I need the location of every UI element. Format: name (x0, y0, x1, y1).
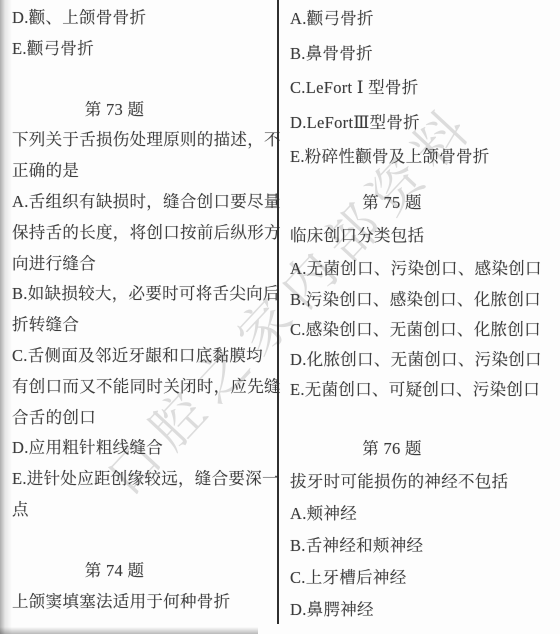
question-73-option-c-line-1: C.舌侧面及邻近牙龈和口底黏膜均 (12, 341, 277, 372)
question-76-option-c: C.上牙槽后神经 (290, 562, 560, 594)
question-75-option-c: C.感染创口、无菌创口、化脓创口 (290, 315, 560, 345)
left-column: D.颧、上颌骨骨折 E.颧弓骨折 第 73 题 下列关于舌损伤处理原则的描述，不… (0, 3, 277, 617)
question-73-option-c-line-3: 合舌的创口 (12, 403, 277, 434)
question-75-option-a: A.无菌创口、污染创口、感染创口 (290, 252, 560, 285)
question-73-option-c-line-2: 有创口而又不能同时关闭时，应先缝 (12, 372, 277, 403)
question-75-header: 第 75 题 (290, 186, 560, 219)
question-73-option-e-line-2: 点 (12, 495, 277, 526)
question-76-header: 第 76 题 (290, 432, 560, 465)
question-73-header: 第 73 题 (12, 95, 277, 126)
question-76-option-a: A.颊神经 (290, 498, 560, 530)
question-74-option-e: E.粉碎性颧骨及上颌骨骨折 (290, 140, 560, 175)
question-75-option-e: E.无菌创口、可疑创口、污染创口 (290, 375, 560, 405)
question-74-option-a: A.颧弓骨折 (290, 2, 560, 37)
question-73-option-e-line-1: E.进针处应距创缘较远，缝合要深一 (12, 464, 277, 495)
question-73-option-a-line-3: 向进行缝合 (12, 249, 277, 280)
question-76-option-d: D.鼻腭神经 (290, 594, 560, 626)
question-72-option-e: E.颧弓骨折 (12, 34, 277, 65)
question-73-option-b-line-1: B.如缺损较大，必要时可将舌尖向后 (12, 279, 277, 310)
question-74-stem: 上颌窦填塞法适用于何种骨折 (12, 587, 277, 618)
question-75-stem: 临床创口分类包括 (290, 219, 560, 252)
question-73-option-a-line-2: 保持舌的长度，将创口按前后纵形方 (12, 218, 277, 249)
question-76-option-b: B.舌神经和颊神经 (290, 530, 560, 562)
question-72-option-d: D.颧、上颌骨骨折 (12, 3, 277, 34)
question-74-header: 第 74 题 (12, 556, 277, 587)
exam-page: 口腔之家内部资料 D.颧、上颌骨骨折 E.颧弓骨折 第 73 题 下列关于舌损伤… (0, 0, 560, 634)
question-73-stem-line-2: 正确的是 (12, 156, 277, 187)
question-74-option-c: C.LeFort Ⅰ 型骨折 (290, 71, 560, 106)
column-divider (277, 0, 279, 624)
question-75-option-d: D.化脓创口、无菌创口、污染创口 (290, 345, 560, 375)
question-73-option-d: D.应用粗针粗线缝合 (12, 433, 277, 464)
question-75-option-b: B.污染创口、感染创口、化脓创口 (290, 285, 560, 315)
question-74-option-d: D.LeFortⅢ型骨折 (290, 106, 560, 141)
question-74-option-b: B.鼻骨骨折 (290, 37, 560, 72)
question-73-option-a-line-1: A.舌组织有缺损时，缝合创口要尽量 (12, 187, 277, 218)
question-73-stem-line-1: 下列关于舌损伤处理原则的描述，不 (12, 125, 277, 156)
question-76-stem: 拔牙时可能损伤的神经不包括 (290, 465, 560, 498)
right-column: A.颧弓骨折 B.鼻骨骨折 C.LeFort Ⅰ 型骨折 D.LeFortⅢ型骨… (279, 2, 560, 626)
question-73-option-b-line-2: 折转缝合 (12, 310, 277, 341)
